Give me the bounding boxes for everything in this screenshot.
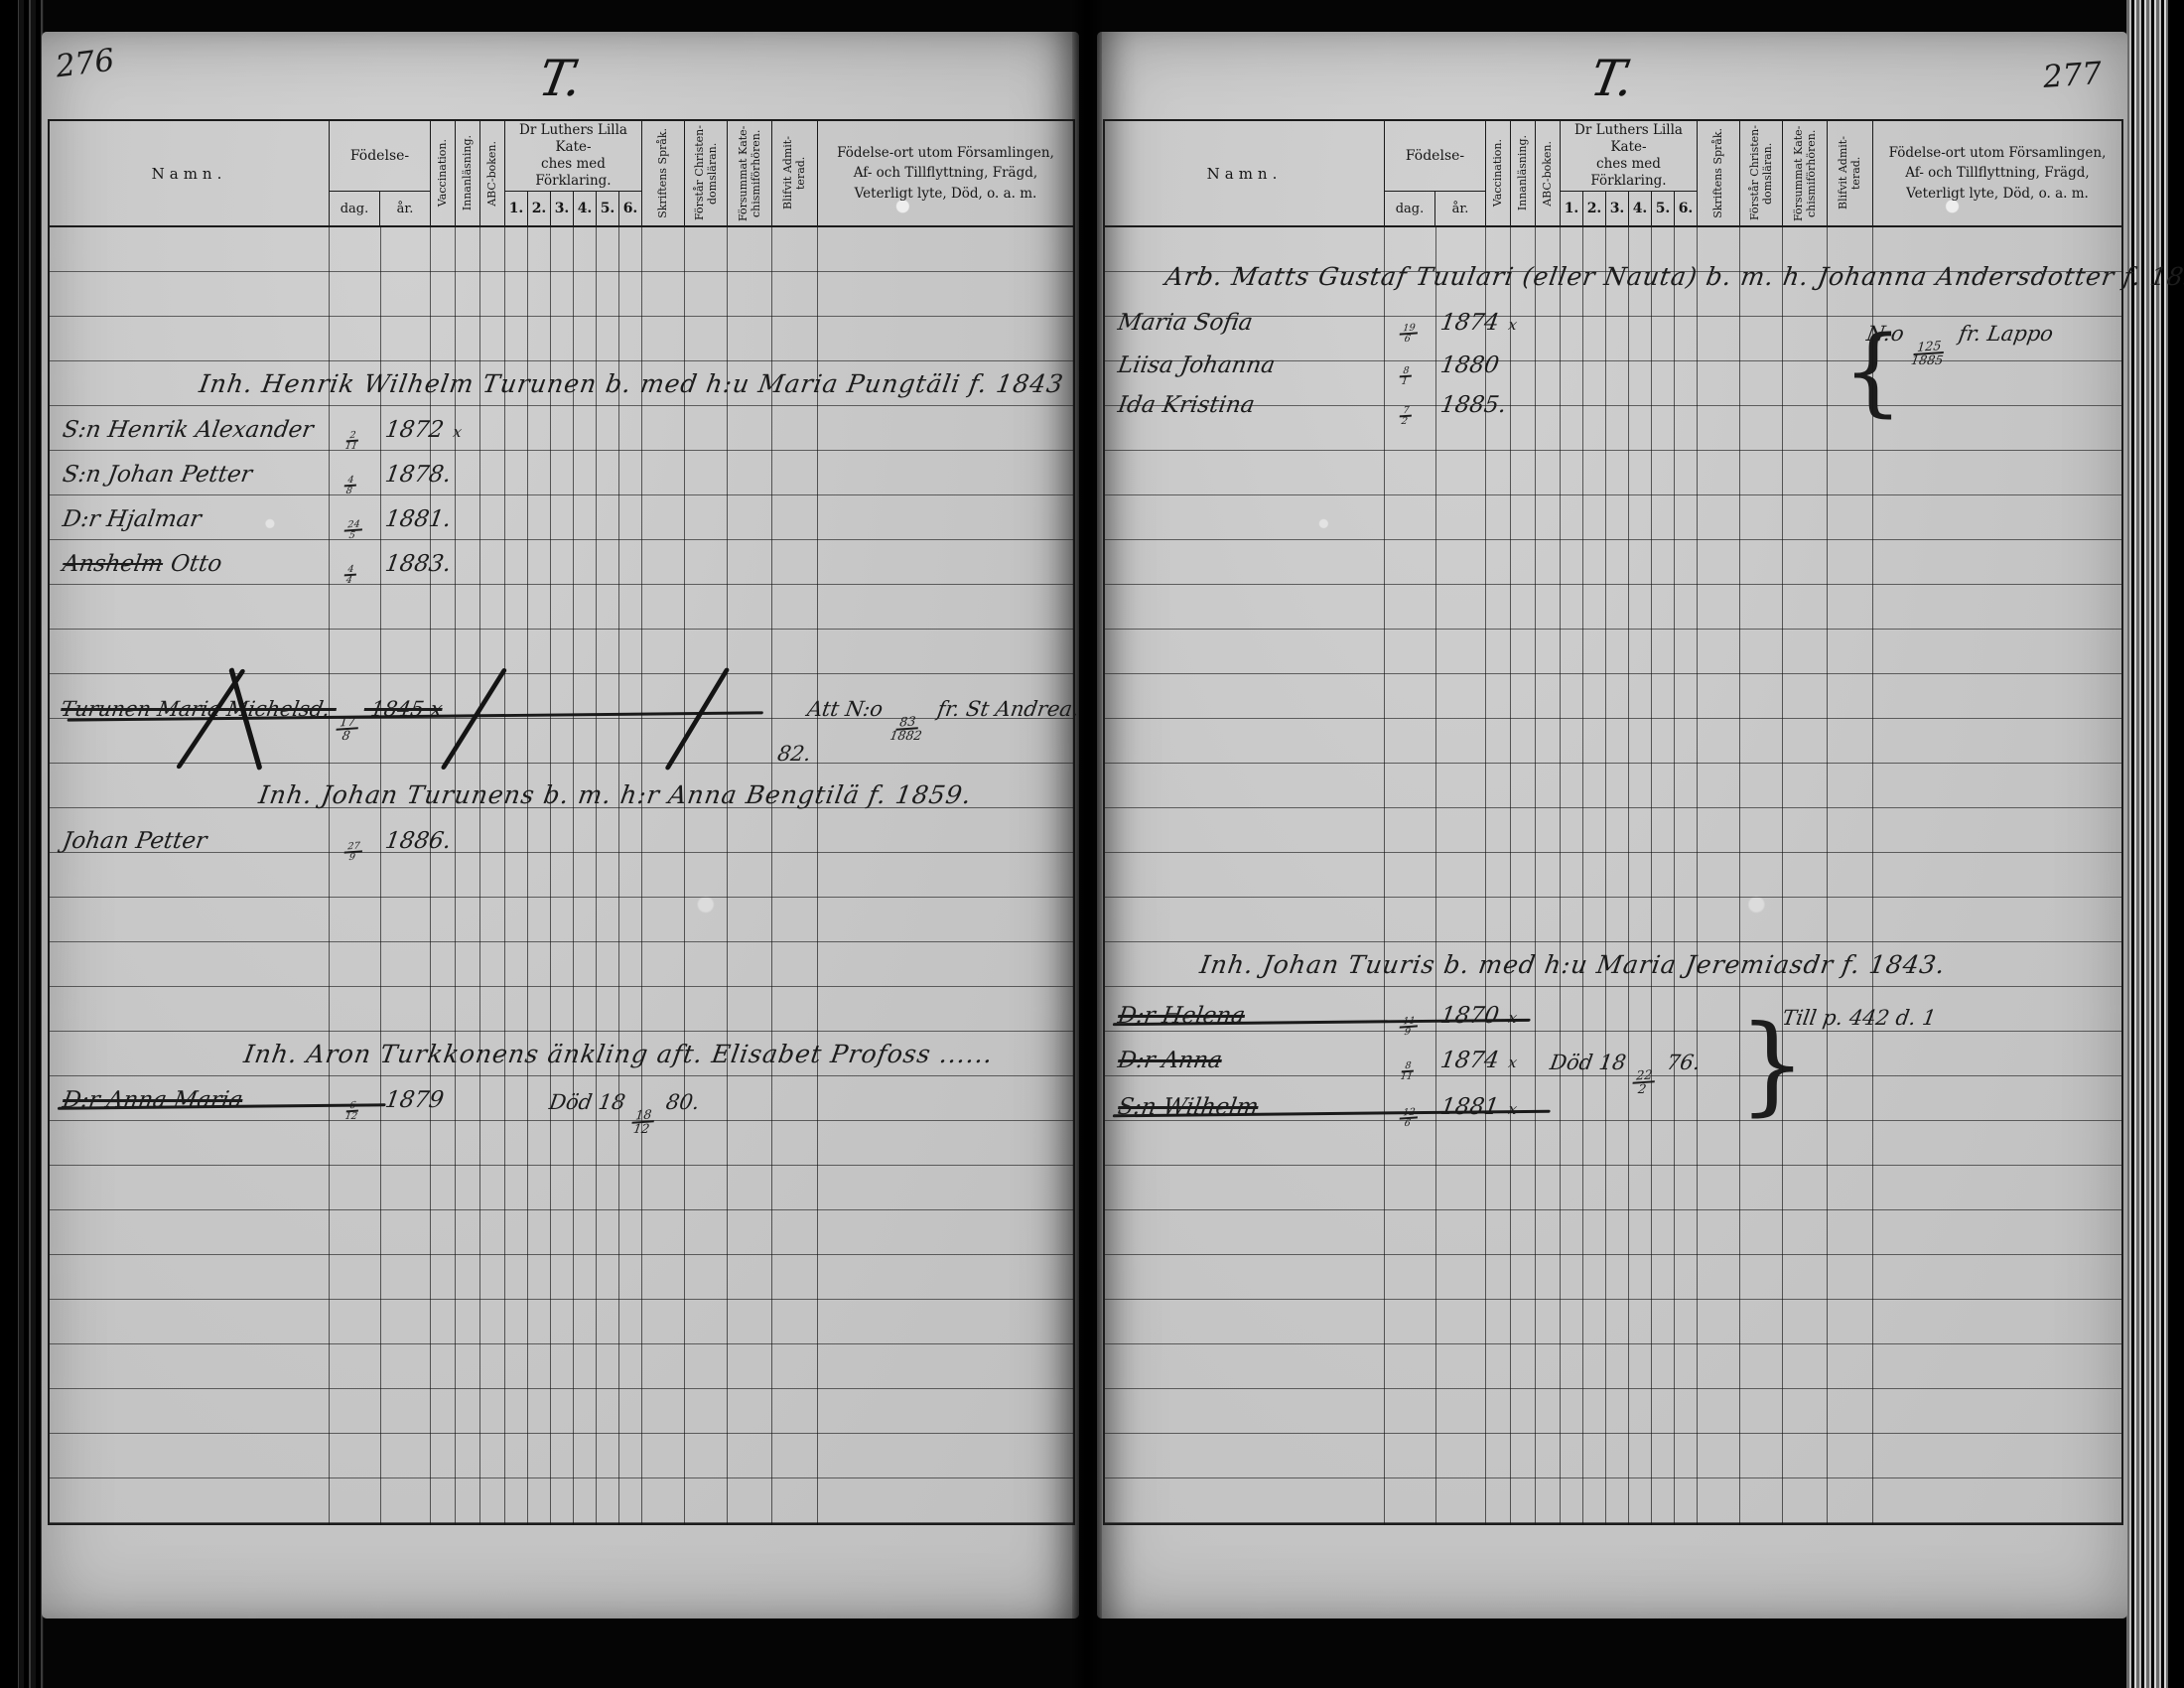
col-katekes: Dr Luthers Lilla Kate-ches med Förklarin… bbox=[504, 121, 641, 225]
column-rule bbox=[455, 227, 456, 1525]
register-entry-person: Liisa Johanna811880 bbox=[1102, 352, 2125, 394]
col-katekes: Dr Luthers Lilla Kate-ches med Förklarin… bbox=[1560, 121, 1697, 225]
register-entry-family: Inh. Johan Turunens b. m. h:r Anna Bengt… bbox=[255, 780, 974, 822]
col-vaccination: Vaccination. bbox=[1485, 121, 1510, 225]
section-letter-heading: T. bbox=[1092, 50, 2132, 107]
col-vaccination: Vaccination. bbox=[430, 121, 455, 225]
col-forsummat-katechismiforhoren: Försummat Kate- chismiförhören. bbox=[1782, 121, 1827, 225]
column-rule bbox=[1628, 227, 1629, 1525]
col-forsummat-katechismiforhoren: Försummat Kate- chismiförhören. bbox=[727, 121, 771, 225]
col-skriftens-sprak: Skriftens Språk. bbox=[641, 121, 684, 225]
column-rule bbox=[430, 227, 431, 1525]
column-rule bbox=[596, 227, 597, 1525]
column-rule bbox=[329, 227, 330, 1525]
column-rule bbox=[1582, 227, 1583, 1525]
register-entry-note: Till p. 442 d. 1 bbox=[1778, 1006, 1938, 1048]
col-blifvit-admitterad: Blifvit Admit- terad. bbox=[1827, 121, 1872, 225]
column-rule bbox=[641, 227, 642, 1525]
register-entry-family: Arb. Matts Gustaf Tuulari (eller Nauta) … bbox=[1161, 262, 2184, 304]
column-rule bbox=[1697, 227, 1698, 1525]
register-entry-person: AnshelmOtto441883. bbox=[47, 551, 1077, 593]
col-fodelseort: Födelse-ort utom Församlingen,Af- och Ti… bbox=[817, 121, 1073, 225]
column-rule bbox=[1782, 227, 1783, 1525]
column-rule bbox=[1872, 227, 1873, 1525]
register-entry-note: 82. bbox=[773, 742, 813, 783]
book-edge-right bbox=[2126, 0, 2184, 1688]
column-rule bbox=[727, 227, 728, 1525]
table-body: Inh. Henrik Wilhelm Turunen b. med h:u M… bbox=[50, 227, 1073, 1525]
column-rule bbox=[1384, 227, 1385, 1525]
register-entry-person: D:r Hjalmar2451881. bbox=[47, 506, 1077, 548]
table-body: Arb. Matts Gustaf Tuulari (eller Nauta) … bbox=[1105, 227, 2121, 1525]
register-entry-person: S:n Wilhelm1261881x bbox=[1102, 1094, 2125, 1136]
col-innanlasning: Innanläsning. bbox=[455, 121, 479, 225]
col-blifvit-admitterad: Blifvit Admit- terad. bbox=[771, 121, 817, 225]
column-rule bbox=[1739, 227, 1740, 1525]
column-rule bbox=[618, 227, 619, 1525]
col-namn: Namn. bbox=[50, 121, 329, 225]
column-rule bbox=[817, 227, 818, 1525]
column-rule bbox=[1674, 227, 1675, 1525]
col-fodelse: Födelse- dag.år. bbox=[1384, 121, 1485, 225]
register-entry-note: Död 18 1812 80. bbox=[545, 1090, 702, 1132]
book-edge-left bbox=[0, 0, 44, 1688]
col-innanlasning: Innanläsning. bbox=[1510, 121, 1535, 225]
col-forstar-christendomslaran: Förstår Christen- domsläran. bbox=[1739, 121, 1782, 225]
column-rule bbox=[1827, 227, 1828, 1525]
col-fodelse: Födelse- dag.år. bbox=[329, 121, 430, 225]
table-header: Namn. Födelse- dag.år. Vaccination. Inna… bbox=[1105, 121, 2121, 227]
col-skriftens-sprak: Skriftens Språk. bbox=[1697, 121, 1739, 225]
column-rule bbox=[1510, 227, 1511, 1525]
register-page-right: 277 T. Namn. Födelse- dag.år. Vaccinatio… bbox=[1097, 32, 2127, 1618]
register-entry-person: Johan Petter2791886. bbox=[47, 828, 1077, 870]
book-binding-gutter bbox=[1072, 0, 1102, 1688]
col-dag: dag. bbox=[330, 192, 379, 225]
register-entry-person: S:n Henrik Alexander2111872x bbox=[47, 417, 1077, 459]
register-entry-person: D:r Helena1191870x bbox=[1102, 1003, 2125, 1045]
register-entry-note: Att N:o 831882 fr. St Andrea. bbox=[803, 697, 1081, 739]
register-table: Namn. Födelse- dag.år. Vaccination. Inna… bbox=[48, 119, 1075, 1525]
scanned-register-spread: 276 T. Namn. Födelse- dag.år. Vaccinatio… bbox=[0, 0, 2184, 1688]
register-entry-note: Död 18 222 76. bbox=[1546, 1051, 1703, 1092]
register-entry-person: Ida Kristina721885. bbox=[1102, 392, 2125, 434]
table-header: Namn. Födelse- dag.år. Vaccination. Inna… bbox=[50, 121, 1073, 227]
col-namn: Namn. bbox=[1105, 121, 1384, 225]
col-dag: dag. bbox=[1385, 192, 1434, 225]
register-entry-person: S:n Johan Petter481878. bbox=[47, 462, 1077, 503]
col-abc-boken: ABC-boken. bbox=[1535, 121, 1560, 225]
column-rule bbox=[684, 227, 685, 1525]
register-entry-note: Turunen Maria Michelsd. 178 1845 x bbox=[57, 697, 445, 739]
col-ar: år. bbox=[379, 192, 430, 225]
col-fodelseort: Födelse-ort utom Församlingen,Af- och Ti… bbox=[1872, 121, 2121, 225]
section-letter-heading: T. bbox=[37, 50, 1084, 107]
column-rule bbox=[479, 227, 480, 1525]
register-table: Namn. Födelse- dag.år. Vaccination. Inna… bbox=[1103, 119, 2123, 1525]
column-rule bbox=[573, 227, 574, 1525]
column-rule bbox=[1535, 227, 1536, 1525]
register-entry-family: Inh. Henrik Wilhelm Turunen b. med h:u M… bbox=[196, 369, 1066, 411]
column-rule bbox=[771, 227, 772, 1525]
column-rule bbox=[1435, 227, 1436, 1525]
column-rule bbox=[1651, 227, 1652, 1525]
column-rule bbox=[550, 227, 551, 1525]
col-abc-boken: ABC-boken. bbox=[479, 121, 504, 225]
column-rule bbox=[504, 227, 505, 1525]
col-forstar-christendomslaran: Förstår Christen- domsläran. bbox=[684, 121, 727, 225]
column-rule bbox=[1485, 227, 1486, 1525]
col-ar: år. bbox=[1434, 192, 1485, 225]
register-page-left: 276 T. Namn. Födelse- dag.år. Vaccinatio… bbox=[42, 32, 1079, 1618]
column-rule bbox=[1560, 227, 1561, 1525]
register-entry-family: Inh. Johan Tuuris b. med h:u Maria Jerem… bbox=[1196, 950, 1948, 992]
column-rule bbox=[380, 227, 381, 1525]
column-rule bbox=[527, 227, 528, 1525]
column-rule bbox=[1605, 227, 1606, 1525]
